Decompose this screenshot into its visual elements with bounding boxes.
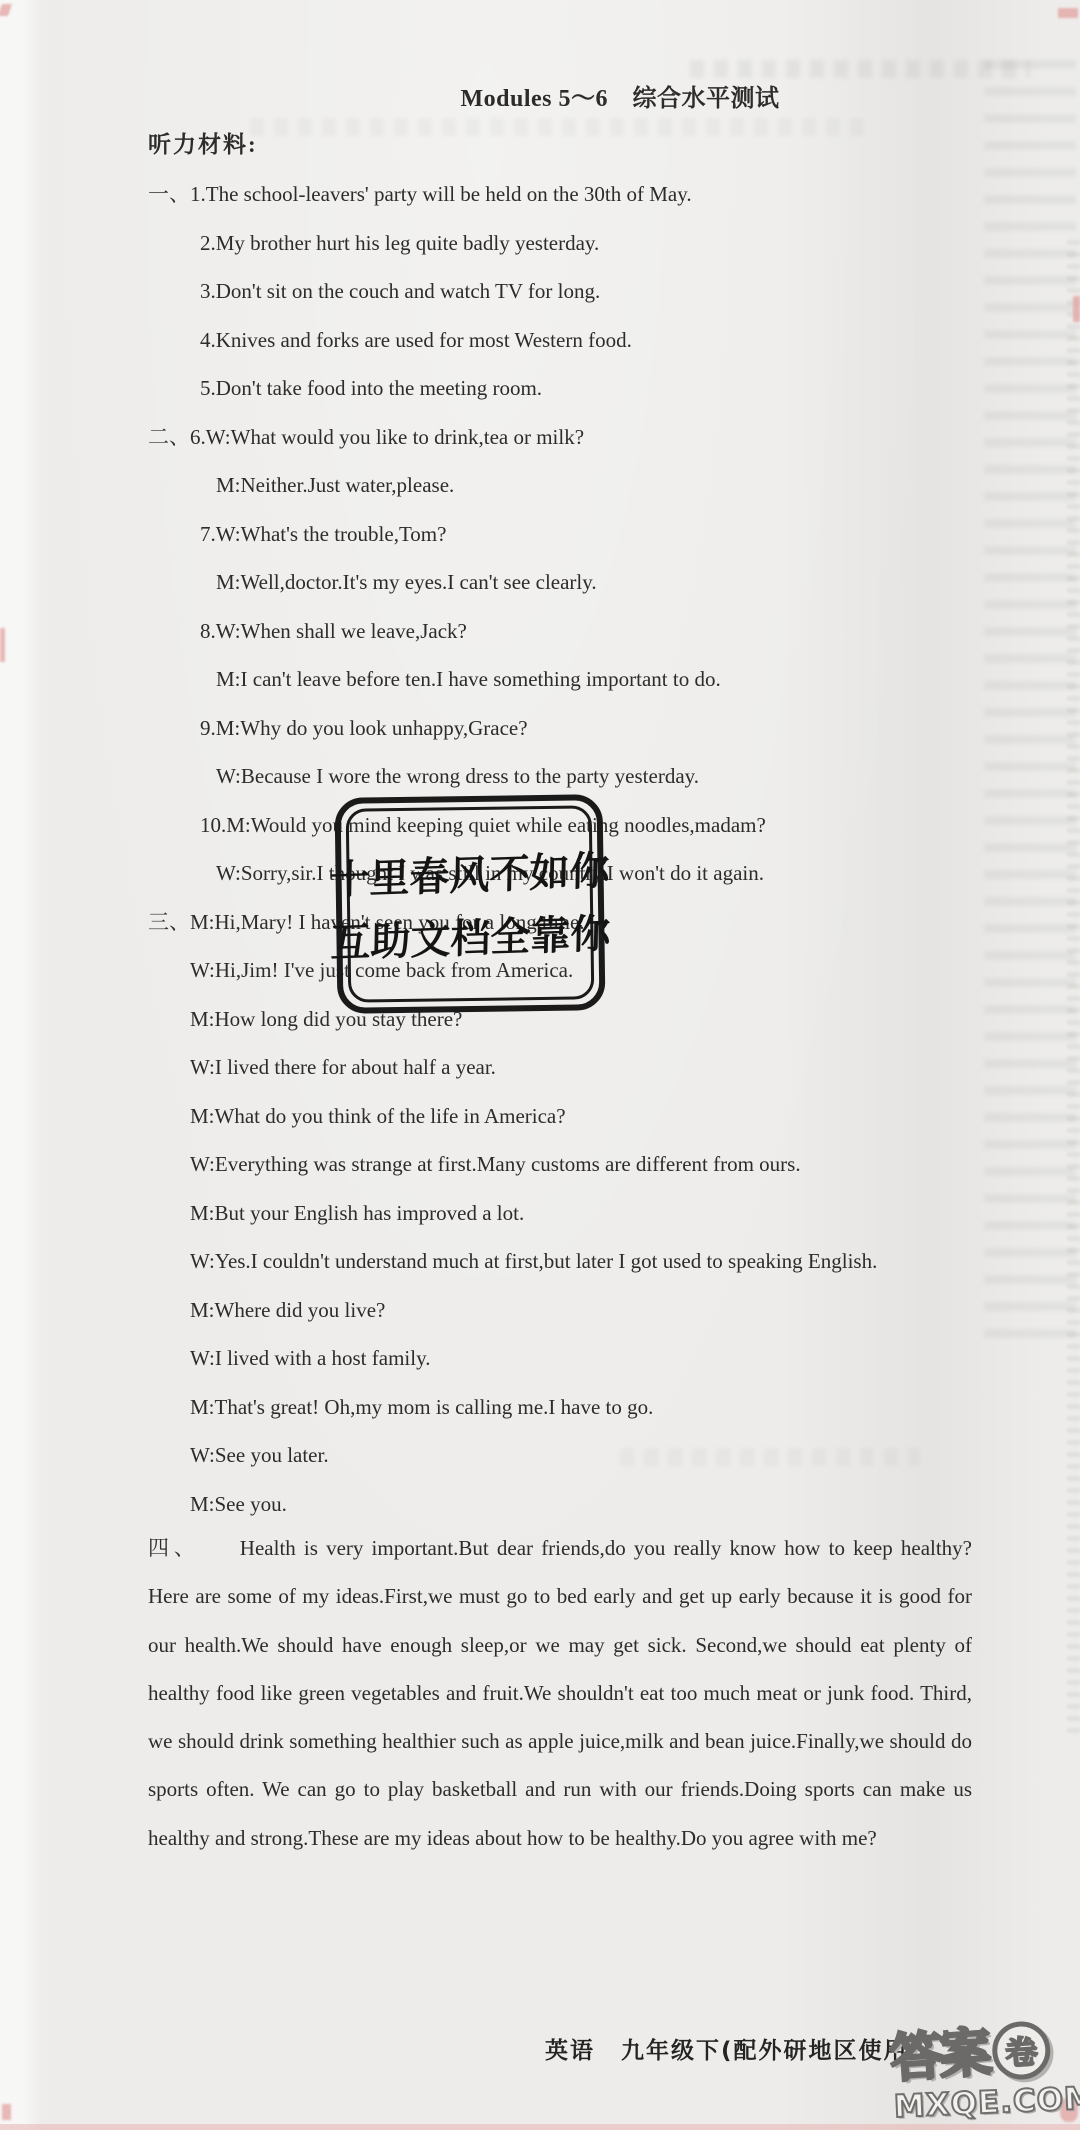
scan-artifact — [0, 4, 12, 16]
brand-characters: 答案 — [889, 2027, 990, 2086]
bleedthrough-row — [250, 118, 870, 136]
transcript-line: M:Neither.Just water,please. — [148, 461, 1078, 510]
transcript-line: 二、6.W:What would you like to drink,tea o… — [148, 413, 1078, 462]
footer-edition: 九年级下(配外研地区使用) — [621, 2038, 921, 2064]
page-title: Modules 5～6 综合水平测试 — [200, 78, 1040, 113]
transcript-line: 三、M:Hi,Mary! I haven't seen you for a lo… — [148, 898, 1078, 947]
transcript-line: M:Well,doctor.It's my eyes.I can't see c… — [148, 558, 1078, 607]
transcript-line: M:See you. — [148, 1480, 1078, 1529]
scanned-page: Modules 5～6 综合水平测试 听力材料: 一、1.The school-… — [0, 0, 1080, 2130]
transcript-line: 7.W:What's the trouble,Tom? — [148, 510, 1078, 559]
bleedthrough-row — [690, 60, 1030, 78]
listening-materials-label: 听力材料: — [148, 126, 258, 159]
transcript-line: W:I lived with a host family. — [148, 1334, 1078, 1383]
transcript-line: 一、1.The school-leavers' party will be he… — [148, 170, 1078, 219]
footer-subject: 英语 — [545, 2038, 595, 2064]
answer-circle-watermark: 答案 卷 MXQE.COM — [889, 2017, 1080, 2130]
transcript-line: M:That's great! Oh,my mom is calling me.… — [148, 1383, 1078, 1432]
scan-artifact — [1073, 296, 1080, 322]
transcript-line: M:How long did you stay there? — [148, 995, 1078, 1044]
answer-circle-logo-row: 答案 卷 — [889, 2017, 1080, 2088]
stamp-text-line1: 十里春风不如你 — [329, 839, 610, 906]
scan-artifact — [0, 628, 5, 662]
circled-character-icon: 卷 — [990, 2020, 1052, 2082]
transcript-line: W:Everything was strange at first.Many c… — [148, 1140, 1078, 1189]
transcript-line: M:But your English has improved a lot. — [148, 1189, 1078, 1238]
passage-section-four: 四、Health is very important.But dear frie… — [148, 1524, 972, 1862]
transcript-line: 8.W:When shall we leave,Jack? — [148, 607, 1078, 656]
transcript-line: 9.M:Why do you look unhappy,Grace? — [148, 704, 1078, 753]
transcript-line: 2.My brother hurt his leg quite badly ye… — [148, 219, 1078, 268]
helper-stamp: 十里春风不如你 互助文档全靠你 — [335, 794, 606, 1014]
site-url-watermark: MXQE.COM — [893, 2082, 1080, 2124]
scan-artifact — [2, 2104, 11, 2120]
helper-stamp-border: 十里春风不如你 互助文档全靠你 — [346, 805, 595, 1002]
footer-book-info: 英语九年级下(配外研地区使用) — [545, 2032, 921, 2065]
passage-text: Health is very important.But dear friend… — [148, 1536, 972, 1850]
transcript-line: 4.Knives and forks are used for most Wes… — [148, 316, 1078, 365]
transcript-line: M:Where did you live? — [148, 1286, 1078, 1335]
transcript: 一、1.The school-leavers' party will be he… — [148, 170, 1078, 1528]
scan-artifact — [1058, 8, 1078, 18]
stamp-text-line2: 互助文档全靠你 — [330, 902, 611, 969]
transcript-line: 10.M:Would you mind keeping quiet while … — [148, 801, 1078, 850]
transcript-line: W:Hi,Jim! I've just come back from Ameri… — [148, 946, 1078, 995]
transcript-line: 5.Don't take food into the meeting room. — [148, 364, 1078, 413]
transcript-line: W:Because I wore the wrong dress to the … — [148, 752, 1078, 801]
transcript-line: W:Sorry,sir.I thought I was still in my … — [148, 849, 1078, 898]
transcript-line: W:Yes.I couldn't understand much at firs… — [148, 1237, 1078, 1286]
transcript-line: 3.Don't sit on the couch and watch TV fo… — [148, 267, 1078, 316]
transcript-line: W:See you later. — [148, 1431, 1078, 1480]
passage-label: 四、 — [148, 1536, 200, 1560]
transcript-line: W:I lived there for about half a year. — [148, 1043, 1078, 1092]
transcript-line: M:What do you think of the life in Ameri… — [148, 1092, 1078, 1141]
transcript-line: M:I can't leave before ten.I have someth… — [148, 655, 1078, 704]
